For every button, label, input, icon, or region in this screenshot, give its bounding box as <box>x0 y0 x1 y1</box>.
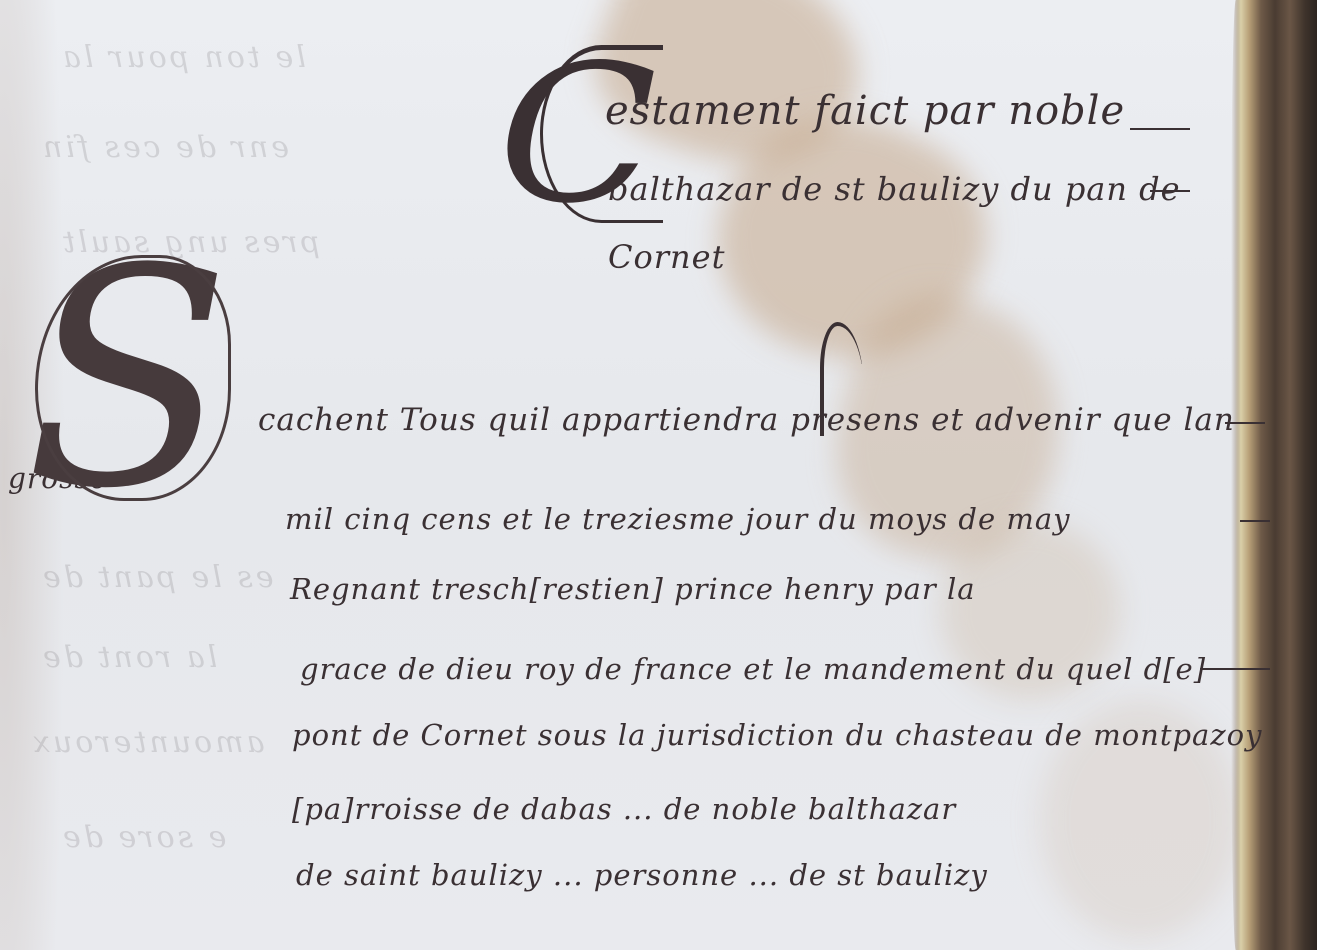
body-line-1: cachent Tous quil appartiendra presens e… <box>258 402 1235 438</box>
heading-line-2: balthazar de st baulizy du pan de <box>608 170 1181 208</box>
book-binding <box>1235 0 1317 950</box>
body-line-6: [pa]rroisse de dabas ... de noble baltha… <box>292 792 956 826</box>
body-line-2: mil cinq cens et le treziesme jour du mo… <box>285 502 1071 536</box>
body-drop-cap: S <box>25 230 231 530</box>
heading-line-3: Cornet <box>608 238 725 276</box>
body-line-5: pont de Cornet sous la jurisdiction du c… <box>292 718 1262 752</box>
bleed-through-text: es le pant de <box>40 560 274 595</box>
manuscript-page: le ton pour la enr de ces fin pres ung s… <box>0 0 1317 950</box>
bleed-through-text: e sore de <box>60 820 226 855</box>
bleed-through-text: la ront de <box>40 640 217 675</box>
bleed-through-text: le ton pour la <box>60 40 306 75</box>
line-filler-dash <box>1150 190 1190 192</box>
heading-line-1: estament faict par noble <box>605 88 1125 134</box>
body-line-4: grace de dieu roy de france et le mandem… <box>300 652 1206 686</box>
line-filler-dash <box>1200 668 1270 670</box>
line-filler-dash <box>1130 128 1190 130</box>
bleed-through-text: enr de ces fin <box>40 130 289 165</box>
body-line-3: Regnant tresch[restien] prince henry par… <box>290 572 976 606</box>
body-line-7: de saint baulizy ... personne ... de st … <box>296 858 988 892</box>
line-filler-dash <box>1240 520 1270 522</box>
line-filler-dash <box>1225 422 1265 424</box>
bleed-through-text: amounteroux <box>30 725 265 760</box>
